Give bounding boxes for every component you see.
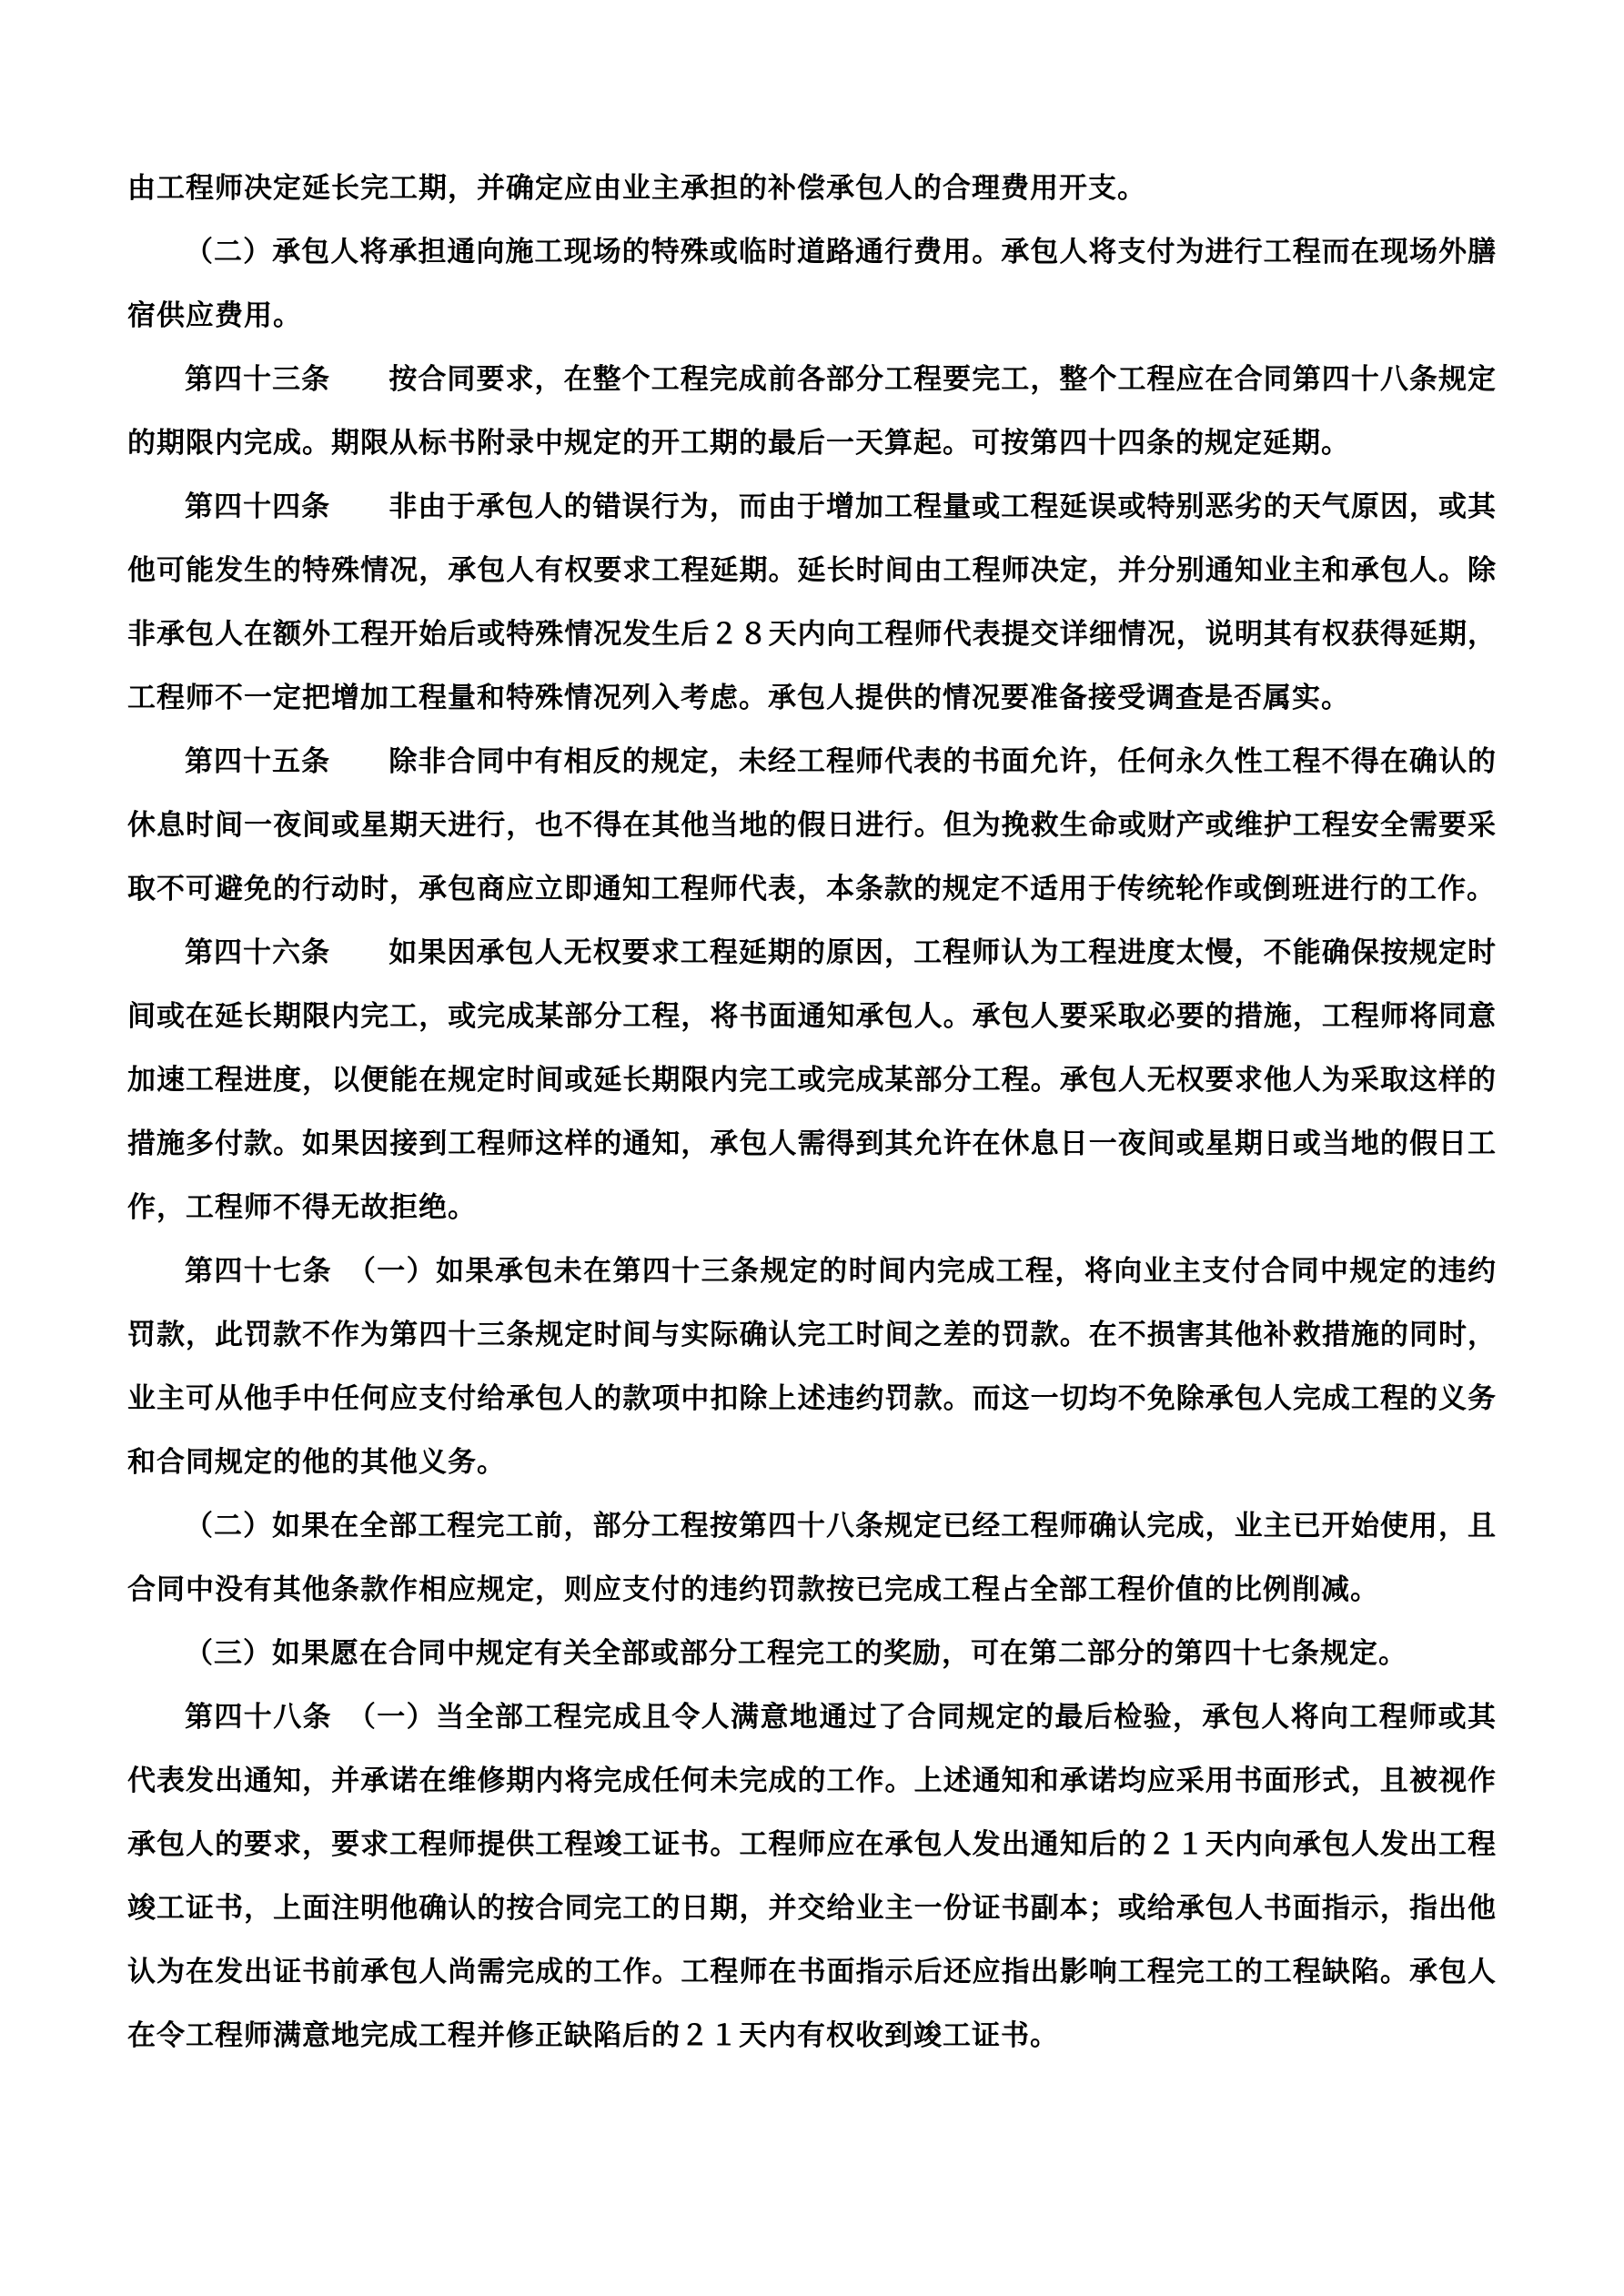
paragraph-2: （二）承包人将承担通向施工现场的特殊或临时道路通行费用。承包人将支付为进行工程而… xyxy=(127,220,1497,348)
paragraph-6: 第四十六条 如果因承包人无权要求工程延期的原因，工程师认为工程进度太慢，不能确保… xyxy=(127,921,1497,1239)
paragraph-5: 第四十五条 除非合同中有相反的规定，未经工程师代表的书面允许，任何永久性工程不得… xyxy=(127,730,1497,921)
document-content: 由工程师决定延长完工期，并确定应由业主承担的补偿承包人的合理费用开支。（二）承包… xyxy=(127,157,1497,2068)
paragraph-8: （二）如果在全部工程完工前，部分工程按第四十八条规定已经工程师确认完成，业主已开… xyxy=(127,1494,1497,1622)
paragraph-3: 第四十三条 按合同要求，在整个工程完成前各部分工程要完工，整个工程应在合同第四十… xyxy=(127,348,1497,475)
paragraph-10: 第四十八条 （一）当全部工程完成且令人满意地通过了合同规定的最后检验，承包人将向… xyxy=(127,1685,1497,2068)
paragraph-4: 第四十四条 非由于承包人的错误行为，而由于增加工程量或工程延误或特别恶劣的天气原… xyxy=(127,475,1497,730)
paragraph-7: 第四十七条 （一）如果承包未在第四十三条规定的时间内完成工程，将向业主支付合同中… xyxy=(127,1239,1497,1494)
document-page: 由工程师决定延长完工期，并确定应由业主承担的补偿承包人的合理费用开支。（二）承包… xyxy=(0,0,1624,2296)
paragraph-1: 由工程师决定延长完工期，并确定应由业主承担的补偿承包人的合理费用开支。 xyxy=(127,157,1497,220)
paragraph-9: （三）如果愿在合同中规定有关全部或部分工程完工的奖励，可在第二部分的第四十七条规… xyxy=(127,1622,1497,1685)
